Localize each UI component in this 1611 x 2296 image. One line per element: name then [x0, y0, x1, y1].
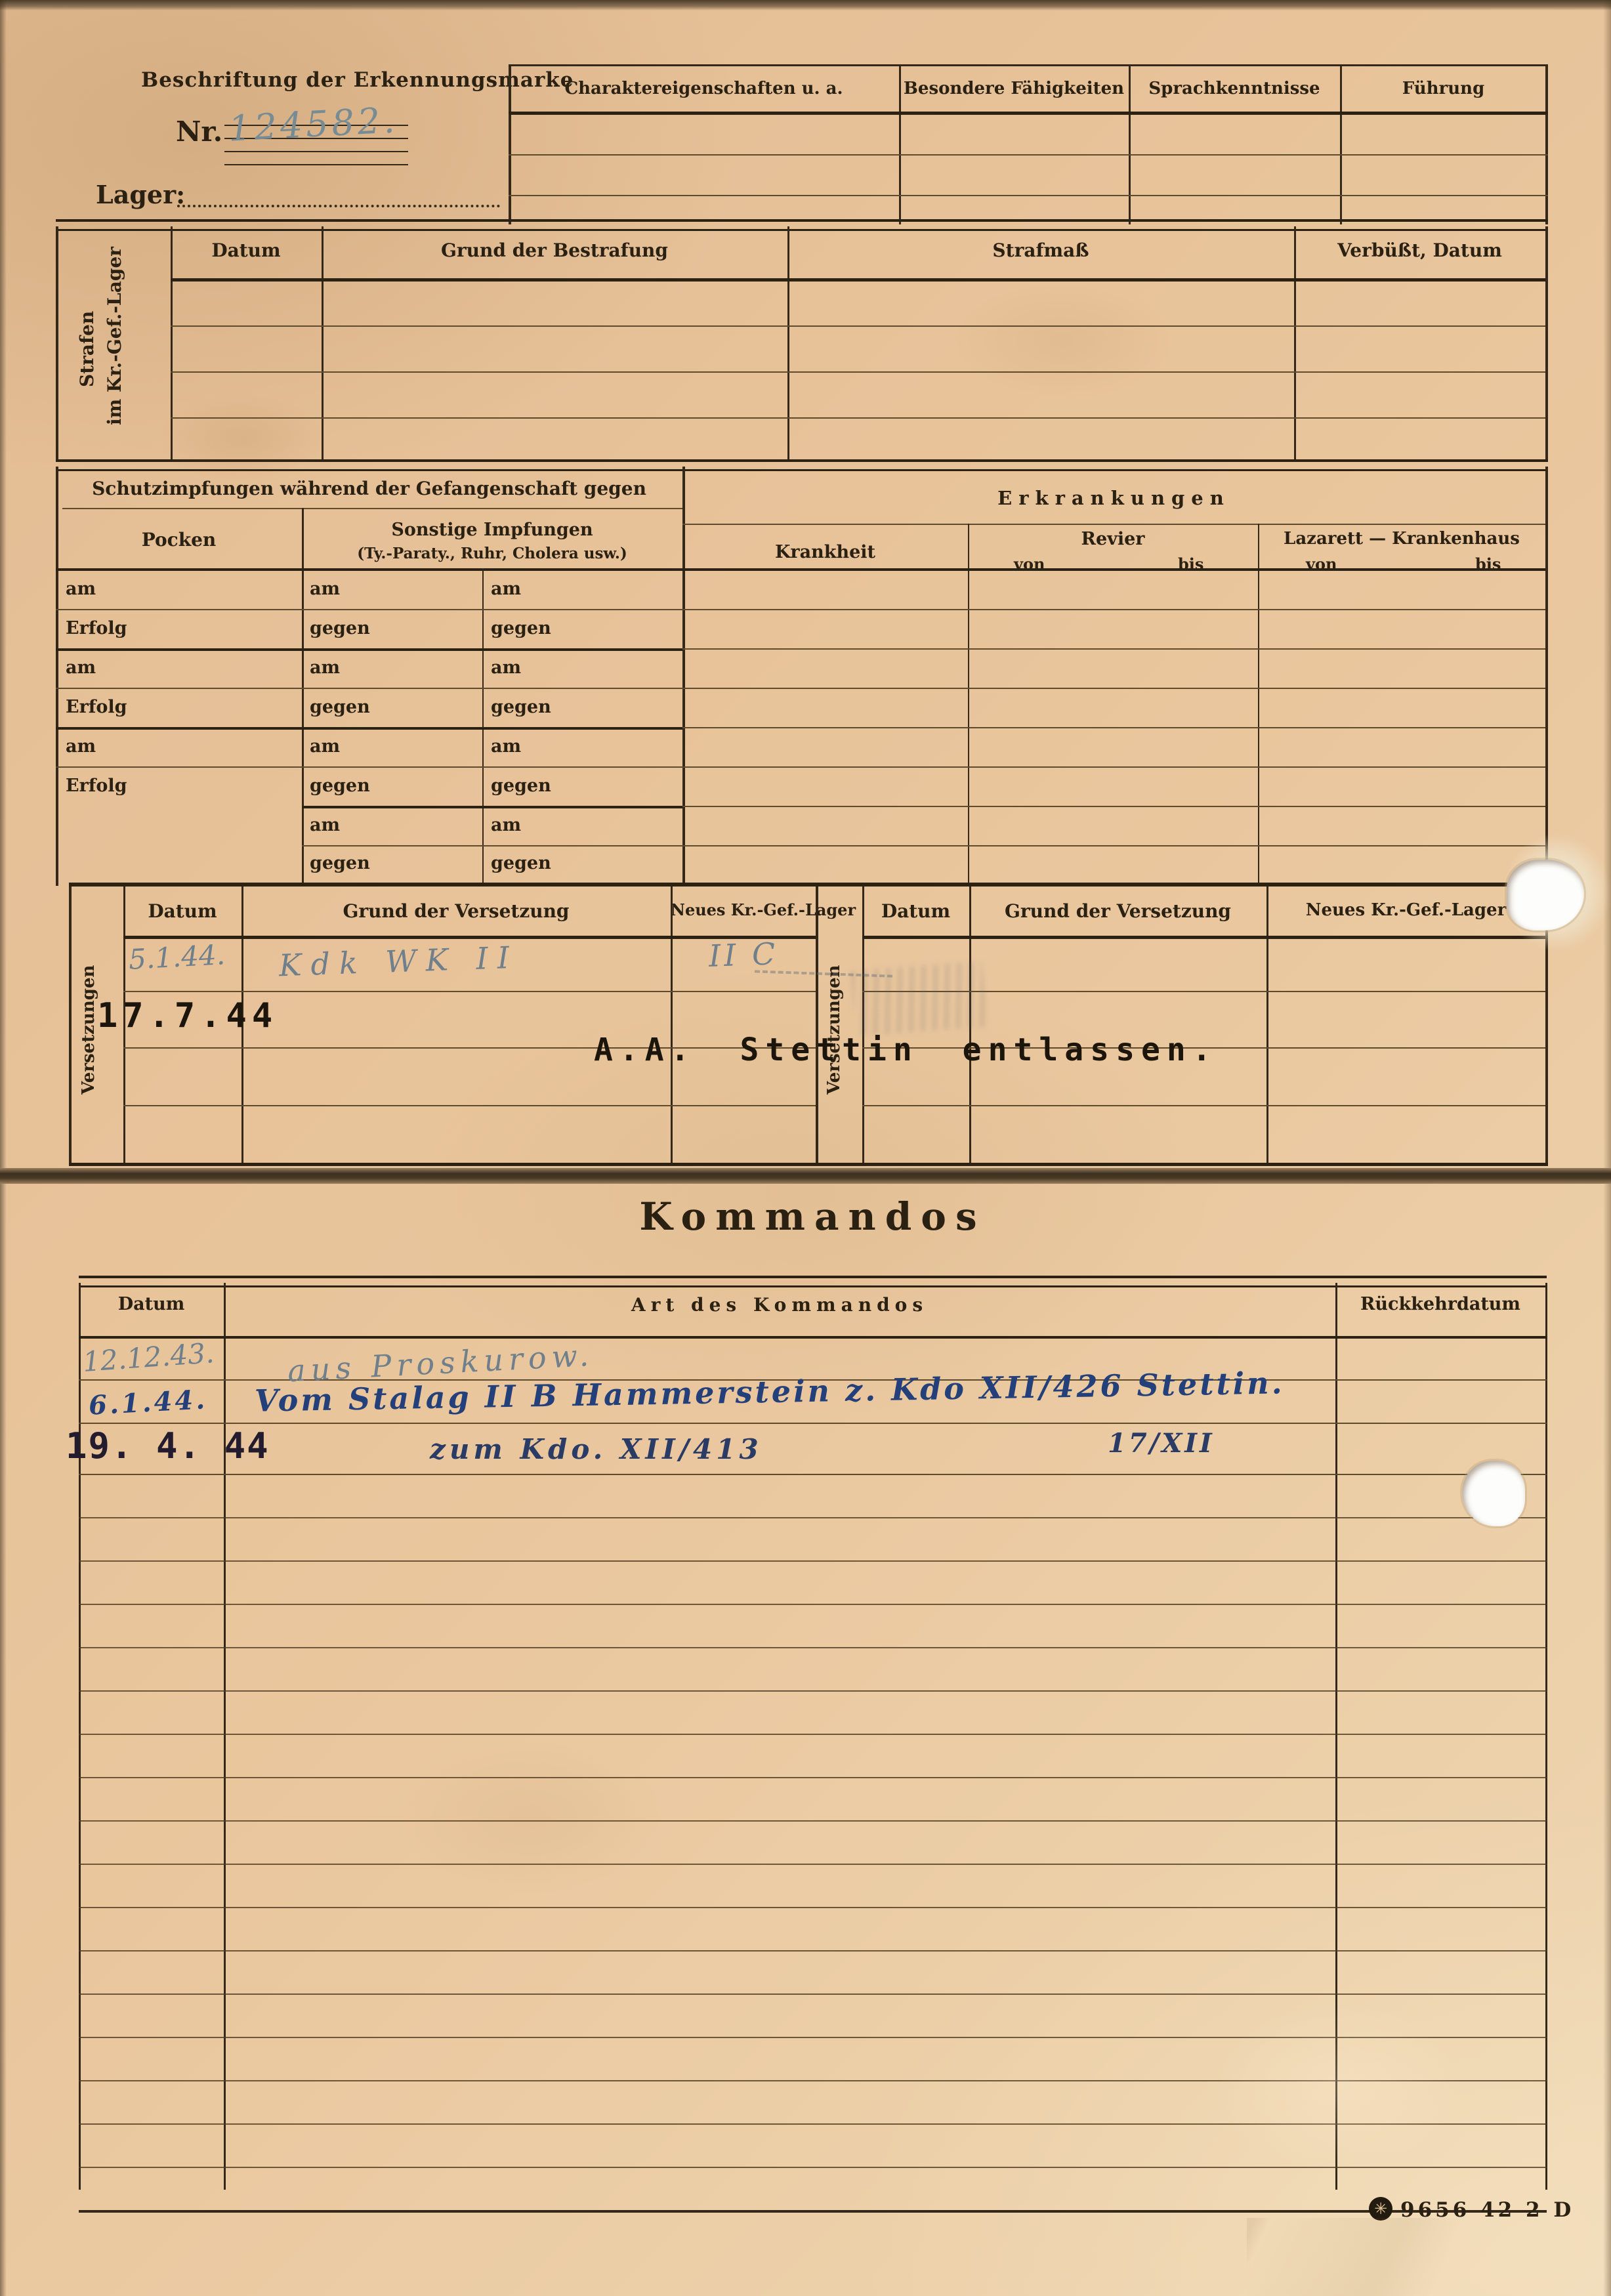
grid-line — [682, 806, 1545, 807]
lager-label: Lager: — [96, 180, 185, 209]
section-border — [79, 1276, 1547, 1287]
kommandos-empty-row — [79, 2168, 1547, 2213]
grid-line — [1545, 226, 1548, 461]
erkrankungen-col-revier: Revier — [968, 529, 1258, 549]
impf-cell: am — [491, 657, 521, 678]
grid-line — [671, 887, 673, 1166]
grid-line — [79, 1336, 1547, 1339]
grid-line — [787, 226, 789, 461]
strafen-col-datum: Datum — [171, 240, 322, 261]
impf-cell: gegen — [310, 697, 370, 717]
impfungen-title: Schutzimpfungen während der Gefangenscha… — [56, 478, 682, 499]
grid-line — [682, 688, 1545, 689]
impf-cell: Erfolg — [66, 618, 127, 638]
grid-line — [322, 226, 324, 461]
kommandos-empty-row — [79, 1865, 1547, 1908]
kommando-entry-date: 6.1.44. — [88, 1384, 208, 1421]
grid-line — [62, 508, 682, 509]
grid-line — [56, 727, 682, 730]
kommando-entry-date-stamp: 19. 4. 44 — [66, 1425, 270, 1467]
traits-col-faehigkeiten: Besondere Fähigkeiten — [899, 79, 1129, 98]
strafen-side-label: Strafen — [76, 311, 98, 387]
impf-cell: am — [310, 736, 340, 757]
versetzungen-col-grund: Grund der Versetzung — [241, 900, 671, 922]
grid-line — [1266, 887, 1268, 1166]
kommandos-empty-row — [79, 1605, 1547, 1648]
pow-record-card-scan: Beschriftung der Erkennungsmarke Nr. 124… — [0, 0, 1611, 2296]
grid-line — [509, 112, 1548, 115]
kommandos-empty-row — [79, 1778, 1547, 1822]
grid-line — [171, 278, 1545, 282]
grid-line — [682, 648, 1545, 650]
paper-stain — [157, 394, 328, 486]
impf-cell: am — [66, 657, 96, 678]
versetzungen-side-label: Versetzungen — [824, 965, 844, 1095]
erkrankungen-col-lazarett: Lazarett — Krankenhaus — [1258, 529, 1545, 549]
grid-line — [302, 845, 682, 846]
kommandos-col-art: Art des Kommandos — [224, 1294, 1335, 1316]
kommandos-empty-row — [79, 1562, 1547, 1605]
grid-line — [123, 1105, 816, 1106]
erkrankungen-title: Erkrankungen — [682, 487, 1545, 509]
grid-line — [171, 325, 1545, 327]
impf-cell: am — [491, 736, 521, 757]
grid-line — [171, 371, 1545, 373]
paper-crease — [1247, 2218, 1611, 2296]
grid-line — [56, 766, 682, 768]
strafen-col-verbuesst: Verbüßt, Datum — [1294, 240, 1545, 261]
kommando-entry-text: zum Kdo. XII/413 — [430, 1433, 763, 1465]
section-border — [56, 459, 1548, 471]
impf-cell: gegen — [491, 776, 551, 796]
paper-stain — [952, 282, 1175, 400]
versetzung-entry-lager: II C — [708, 936, 779, 974]
grid-line — [1294, 226, 1296, 461]
versetzung-entry-grund: Kdk WK II — [278, 940, 519, 984]
card-divider — [0, 1168, 1611, 1184]
grid-line — [79, 1423, 1547, 1424]
versetzung-entry-date-stamp: 17.7.44 — [97, 996, 278, 1035]
strafen-col-strafmass: Strafmaß — [787, 240, 1294, 261]
impf-cell: am — [310, 815, 340, 835]
kommandos-empty-row — [79, 2081, 1547, 2125]
kommandos-empty-row — [79, 1908, 1547, 1952]
impf-cell: gegen — [310, 853, 370, 873]
grid-line — [862, 1105, 1545, 1106]
kommandos-col-datum: Datum — [79, 1294, 224, 1314]
idmark-nr-label: Nr. — [176, 115, 222, 148]
grid-line — [302, 806, 682, 808]
kommandos-empty-row — [79, 1822, 1547, 1865]
grid-line — [1545, 467, 1548, 886]
grid-line — [682, 609, 1545, 610]
grid-line — [171, 226, 173, 461]
versetzungen-col-neues: Neues Kr.-Gef.-Lager — [671, 900, 816, 919]
grid-line — [1258, 524, 1259, 886]
impf-cell: Erfolg — [66, 697, 127, 717]
kommandos-empty-row — [79, 2125, 1547, 2168]
kommandos-empty-row — [79, 1995, 1547, 2038]
grid-line — [302, 508, 304, 886]
section-border — [69, 1163, 1548, 1166]
scan-edge-top — [0, 0, 1611, 10]
impf-cell: am — [491, 815, 521, 835]
grid-line — [56, 226, 58, 461]
grid-line — [171, 417, 1545, 419]
impf-cell: am — [491, 579, 521, 599]
kommandos-empty-row — [79, 1692, 1547, 1735]
kommandos-empty-row — [79, 1475, 1547, 1518]
impfungen-col-sonstige-sub: (Ty.-Paraty., Ruhr, Cholera usw.) — [302, 545, 682, 562]
impf-cell: am — [310, 657, 340, 678]
kommandos-col-rueckkehr: Rückkehrdatum — [1335, 1294, 1545, 1314]
kommandos-title: Kommandos — [79, 1194, 1547, 1239]
grid-line — [682, 766, 1545, 768]
grid-line — [816, 887, 818, 1166]
grid-line — [123, 991, 816, 992]
grid-line — [69, 887, 72, 1166]
versetzungen-col-datum: Datum — [123, 900, 241, 922]
grid-line — [682, 524, 1545, 525]
impfungen-col-pocken: Pocken — [56, 529, 302, 551]
versetzung-entry-date: 5.1.44. — [128, 938, 226, 976]
impf-cell: am — [310, 579, 340, 599]
kommando-entry-date: 12.12.43. — [82, 1337, 215, 1378]
section-border — [56, 219, 1548, 231]
versetzungen-side-label: Versetzungen — [79, 965, 98, 1095]
grid-line — [682, 845, 1545, 846]
versetzung-entry-stamp: A.A. Stettin entlassen. — [594, 1032, 1218, 1068]
faded-stamp-smudge — [851, 961, 986, 1036]
section-border — [69, 883, 1548, 887]
versetzungen-col-grund: Grund der Versetzung — [969, 900, 1266, 922]
scan-edge-left — [0, 0, 7, 2296]
grid-line — [862, 936, 1545, 939]
grid-line — [682, 568, 1545, 571]
traits-col-charakter: Charaktereigenschaften u. a. — [509, 79, 899, 98]
impf-cell: gegen — [310, 618, 370, 638]
impf-cell: gegen — [491, 853, 551, 873]
grid-line — [56, 688, 682, 689]
kommandos-empty-row — [79, 1735, 1547, 1778]
impf-cell: am — [66, 736, 96, 757]
grid-line — [56, 568, 682, 571]
strafen-col-grund: Grund der Bestrafung — [322, 240, 787, 261]
grid-line — [56, 648, 682, 651]
kommandos-empty-rows — [79, 1475, 1547, 2213]
strafen-side-label: im Kr.-Gef.-Lager — [104, 247, 125, 425]
kommandos-empty-row — [79, 1518, 1547, 1562]
kommando-entry-return-note: 17/XII — [1108, 1428, 1215, 1459]
grid-line — [509, 154, 1548, 156]
grid-line — [56, 609, 682, 610]
grid-line — [968, 524, 969, 886]
impf-cell: Erfolg — [66, 776, 127, 796]
traits-col-sprachen: Sprachkenntnisse — [1129, 79, 1340, 98]
impf-cell: am — [66, 579, 96, 599]
grid-line — [509, 64, 1548, 66]
idmark-nr-value: 124582. — [228, 99, 399, 149]
impf-cell: gegen — [491, 697, 551, 717]
grid-line — [682, 467, 685, 886]
printer-mark-icon: ✳ — [1369, 2197, 1392, 2221]
grid-line — [509, 195, 1548, 196]
impfungen-col-sonstige: Sonstige Impfungen — [302, 520, 682, 540]
lager-dotted-line — [177, 186, 500, 207]
kommandos-empty-row — [79, 2038, 1547, 2081]
erkrankungen-col-krankheit: Krankheit — [682, 542, 968, 562]
punch-hole — [1462, 1461, 1525, 1526]
scan-edge-right — [1603, 0, 1611, 2296]
traits-col-fuehrung: Führung — [1340, 79, 1547, 98]
kommandos-empty-row — [79, 1648, 1547, 1692]
impf-cell: gegen — [491, 618, 551, 638]
impf-cell: gegen — [310, 776, 370, 796]
versetzungen-col-datum: Datum — [862, 900, 969, 922]
grid-line — [682, 727, 1545, 728]
kommandos-empty-row — [79, 1952, 1547, 1995]
